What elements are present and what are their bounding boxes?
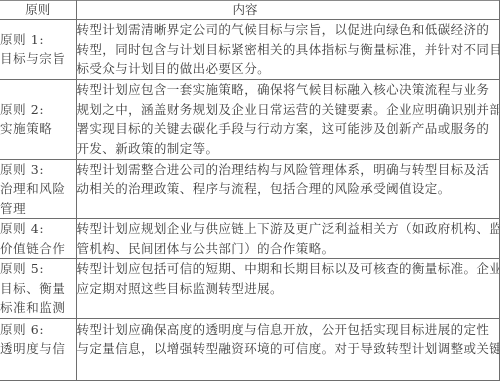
header-principle: 原则 <box>0 1 76 20</box>
principle-content-cell: 转型计划应规划企业与供应链上下游及更广泛利益相关方（如政府机构、监 管机构、民间… <box>76 219 499 259</box>
table-header-row: 原则 内容 <box>0 1 499 20</box>
content-line: 转型计划应规划企业与供应链上下游及更广泛利益相关方（如政府机构、监 <box>77 219 499 239</box>
principle-name-cell: 原则 4: 价值链合作 <box>0 219 76 259</box>
table-row: 原则 4: 价值链合作 转型计划应规划企业与供应链上下游及更广泛利益相关方（如政… <box>0 219 499 259</box>
principle-content-cell: 转型计划需整合进公司的治理结构与风险管理体系，明确与转型目标及活 动相关的治理政… <box>76 159 499 219</box>
content-line: 标受众与计划目的做出必要区分。 <box>77 59 499 79</box>
principle-title: 实施策略 <box>0 119 76 139</box>
document-page: 原则 内容 原则 1: 目标与宗旨 转型计划需清晰界定公司的气候目标与宗旨，以促… <box>0 0 499 333</box>
content-line: 转型，同时包含与计划目标紧密相关的具体指标与衡量标准，并针对不同目 <box>77 40 499 60</box>
principle-name-cell: 原则 3: 治理和风险 管理 <box>0 159 76 219</box>
principle-name-cell: 原则 2: 实施策略 <box>0 79 76 159</box>
content-line: 应定期对照这些目标监测转型进展。 <box>77 279 499 299</box>
principle-content-cell: 转型计划应包括可信的短期、中期和长期目标以及可核查的衡量标准。企业 应定期对照这… <box>76 259 499 319</box>
content-line: 转型计划需整合进公司的治理结构与风险管理体系，明确与转型目标及活 <box>77 160 499 180</box>
principle-name-cell: 原则 6: 透明度与信 <box>0 318 76 333</box>
content-line: 规划之中，涵盖财务规划及企业日常运营的关键要素。企业应明确识别并部 <box>77 100 499 120</box>
content-line: 管机构、民间团体与公共部门）的合作策略。 <box>77 239 499 259</box>
content-line: 转型计划需清晰界定公司的气候目标与宗旨，以促进向绿色和低碳经济的 <box>77 20 499 40</box>
table-row: 原则 2: 实施策略 转型计划应包含一套实施策略，确保将气候目标融入核心决策流程… <box>0 79 499 159</box>
principle-number: 原则 6: <box>0 320 76 334</box>
principle-name-cell: 原则 5: 目标、衡量 标准和监测 <box>0 259 76 319</box>
principle-title: 目标、衡量 <box>0 279 76 299</box>
principle-number: 原则 2: <box>0 100 76 120</box>
principle-number: 原则 5: <box>0 259 76 279</box>
content-line: 转型计划应确保高度的透明度与信息开放，公开包括实现目标进展的定性 <box>77 320 499 334</box>
principle-content-cell: 转型计划应确保高度的透明度与信息开放，公开包括实现目标进展的定性 与定量信息，以… <box>76 318 499 333</box>
principle-title: 治理和风险 <box>0 179 76 199</box>
content-line: 转型计划应包括可信的短期、中期和长期目标以及可核查的衡量标准。企业 <box>77 259 499 279</box>
principle-number: 原则 4: <box>0 219 76 239</box>
principles-table: 原则 内容 原则 1: 目标与宗旨 转型计划需清晰界定公司的气候目标与宗旨，以促… <box>0 0 500 333</box>
principle-title: 价值链合作 <box>0 239 76 259</box>
table-row: 原则 6: 透明度与信 转型计划应确保高度的透明度与信息开放，公开包括实现目标进… <box>0 318 499 333</box>
table-row: 原则 1: 目标与宗旨 转型计划需清晰界定公司的气候目标与宗旨，以促进向绿色和低… <box>0 20 499 80</box>
header-content: 内容 <box>76 1 499 20</box>
principle-title: 管理 <box>0 199 76 219</box>
principle-title: 目标与宗旨 <box>0 49 76 69</box>
table-row: 原则 3: 治理和风险 管理 转型计划需整合进公司的治理结构与风险管理体系，明确… <box>0 159 499 219</box>
content-line: 转型计划应包含一套实施策略，确保将气候目标融入核心决策流程与业务 <box>77 80 499 100</box>
content-line: 动相关的治理政策、程序与流程，包括合理的风险承受阈值设定。 <box>77 179 499 199</box>
principle-number: 原则 1: <box>0 30 76 50</box>
content-line: 署实现目标的关键去碳化手段与行动方案，这可能涉及创新产品或服务的 <box>77 119 499 139</box>
principle-title: 标准和监测 <box>0 298 76 318</box>
table-row: 原则 5: 目标、衡量 标准和监测 转型计划应包括可信的短期、中期和长期目标以及… <box>0 259 499 319</box>
principle-name-cell: 原则 1: 目标与宗旨 <box>0 20 76 80</box>
principle-content-cell: 转型计划需清晰界定公司的气候目标与宗旨，以促进向绿色和低碳经济的 转型，同时包含… <box>76 20 499 80</box>
principle-content-cell: 转型计划应包含一套实施策略，确保将气候目标融入核心决策流程与业务 规划之中，涵盖… <box>76 79 499 159</box>
content-line: 开发、新政策的制定等。 <box>77 139 499 159</box>
principle-number: 原则 3: <box>0 160 76 180</box>
